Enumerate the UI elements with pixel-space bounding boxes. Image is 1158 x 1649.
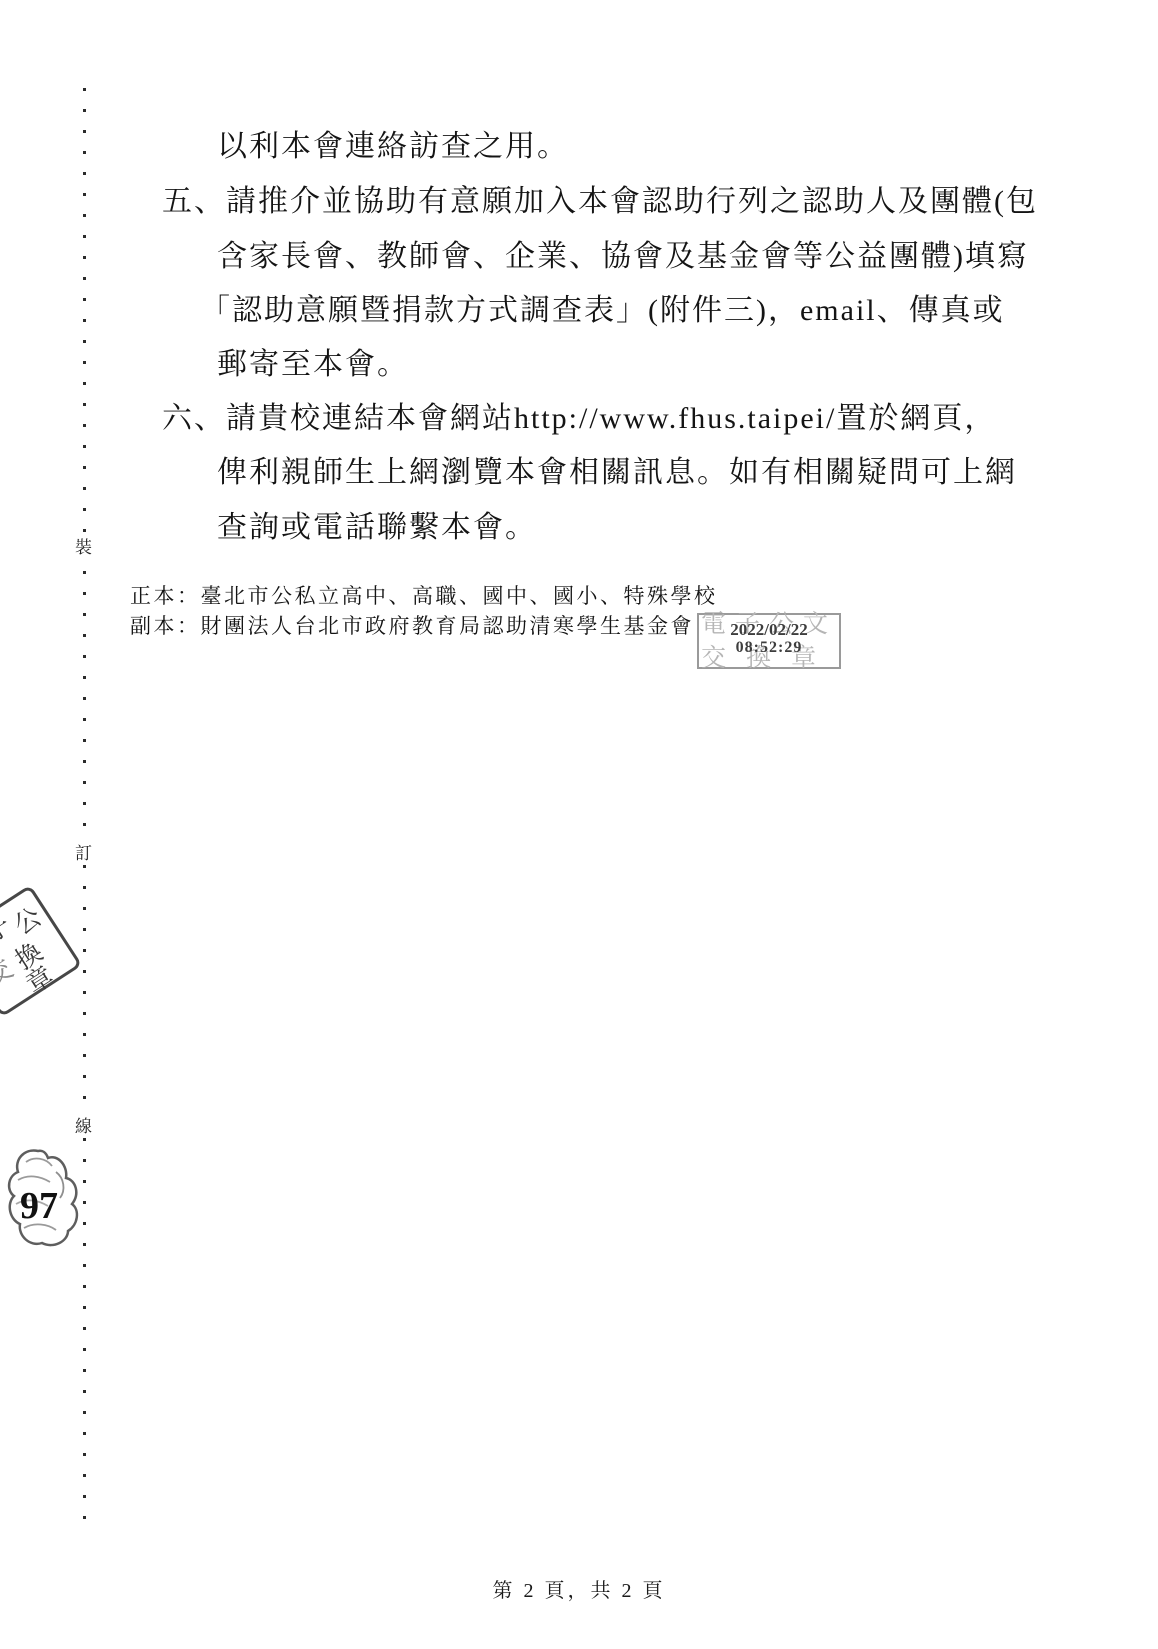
body-line-continuation: 以利本會連絡訪查之用。: [217, 130, 569, 165]
side-stamp-char-jiao: 交: [0, 956, 18, 992]
binding-label-ding: 訂: [74, 843, 93, 864]
side-exchange-stamp: 電 子 公 交 換 章: [0, 885, 82, 1018]
electronic-exchange-stamp: 電子公文 交換章 2022/02/22 08:52:29: [697, 613, 841, 669]
binding-label-xian: 線: [74, 1116, 93, 1137]
body-line-item-5-cont2: 「認助意願暨捐款方式調查表」(附件三)，email、傳真或: [200, 294, 1005, 329]
body-line-item-6: 六、請貴校連結本會網站http://www.fhus.taipei/置於網頁，: [162, 402, 996, 437]
binding-dotted-line: [83, 88, 86, 1520]
body-line-item-6-cont: 俾利親師生上網瀏覽本會相關訊息。如有相關疑問可上網: [217, 456, 1017, 491]
body-line-item-6-cont2: 查詢或電話聯繫本會。: [217, 511, 537, 546]
recipient-copy: 副本：財團法人台北市政府教育局認助清寒學生基金會: [130, 610, 694, 640]
body-line-item-5-cont3: 郵寄至本會。: [217, 348, 409, 383]
page-number-blob-stamp: 97: [4, 1146, 82, 1252]
page-footer: 第 2 頁，共 2 頁: [0, 1574, 1158, 1603]
binding-label-zhuang: 裝: [74, 537, 93, 558]
exchange-stamp-date: 2022/02/22: [699, 621, 839, 638]
page-number-stamp-text: 97: [20, 1185, 58, 1227]
document-page: 裝 訂 線 以利本會連絡訪查之用。 五、請推介並協助有意願加入本會認助行列之認助…: [0, 0, 1158, 1649]
exchange-stamp-time: 08:52:29: [699, 640, 839, 656]
body-line-item-5-cont: 含家長會、教師會、企業、協會及基金會等公益團體)填寫: [217, 240, 1029, 275]
body-line-item-5: 五、請推介並協助有意願加入本會認助行列之認助人及團體(包: [162, 185, 1038, 220]
recipient-original: 正本：臺北市公私立高中、高職、國中、國小、特殊學校: [130, 580, 718, 610]
